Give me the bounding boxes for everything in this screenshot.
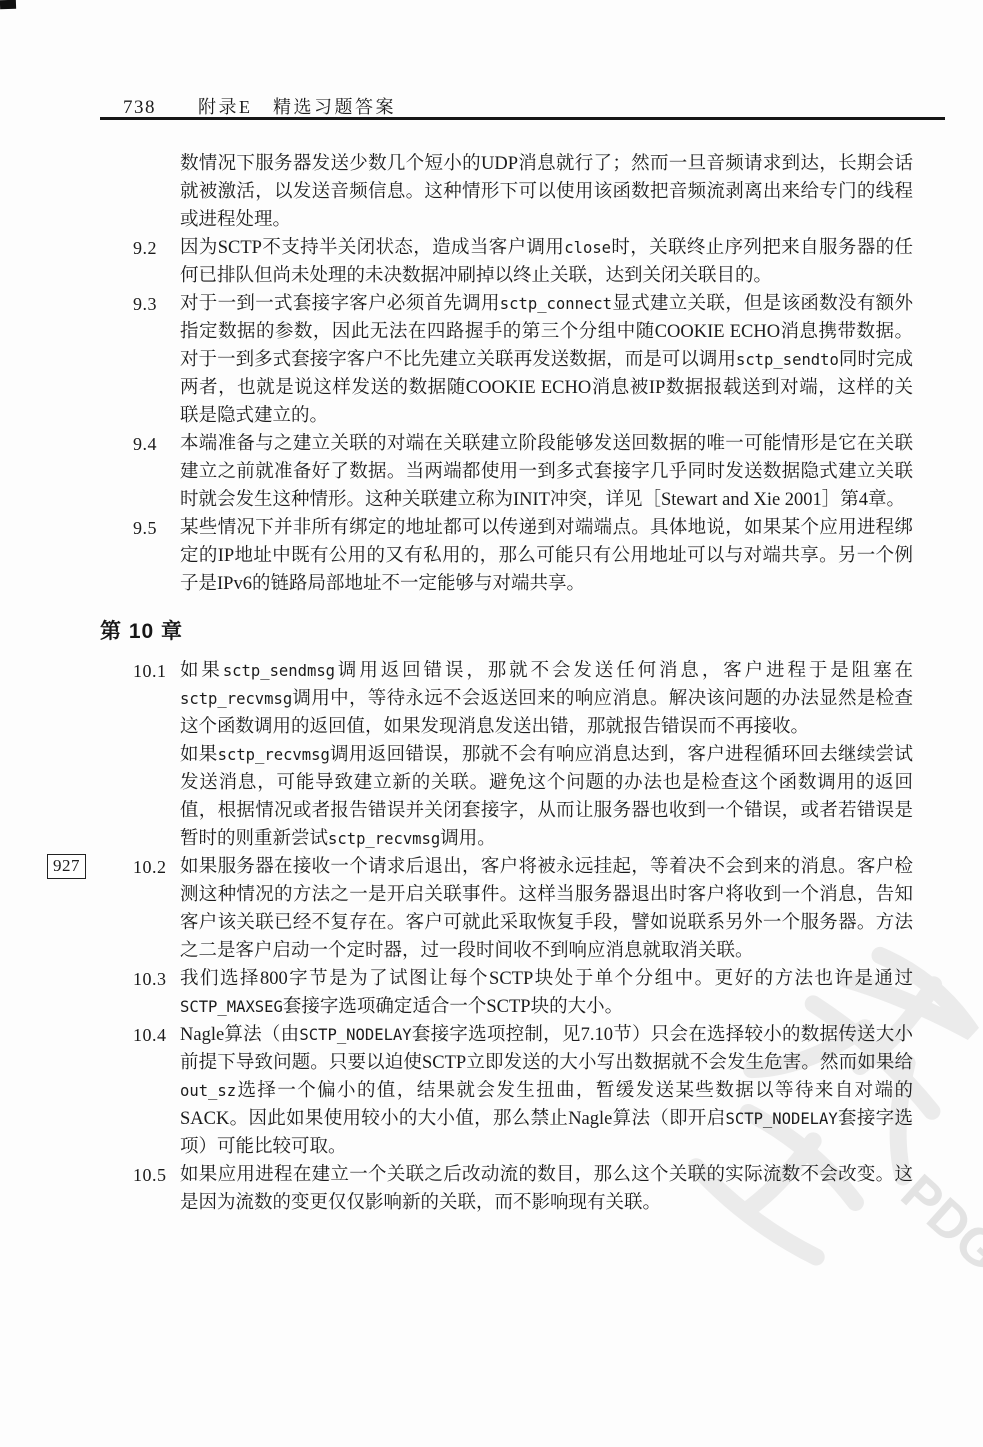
code-term: SCTP_NODELAY <box>299 1026 411 1044</box>
page-number: 738 <box>123 97 156 118</box>
running-head: 738附录E 精选习题答案 <box>123 93 396 119</box>
item-number: 10.2 <box>133 853 167 881</box>
item-number: 9.4 <box>133 430 157 458</box>
item-number: 10.1 <box>133 657 167 685</box>
code-term: sctp_recvmsg <box>218 746 330 764</box>
item-number: 9.3 <box>133 290 157 318</box>
text-run: 我们选择800字节是为了试图让每个SCTP块处于单个分组中。更好的方法也许是通过 <box>180 969 913 989</box>
answer-item-9.3: 9.3对于一到一式套接字客户必须首先调用sctp_connect显式建立关联，但… <box>180 290 913 430</box>
paragraph: 因为SCTP不支持半关闭状态，造成当客户调用close时，关联终止序列把来自服务… <box>180 234 913 290</box>
answer-item-10.5: 10.5如果应用进程在建立一个关联之后改动流的数目，那么这个关联的实际流数不会改… <box>180 1161 913 1217</box>
text-run: 对于一到一式套接字客户必须首先调用 <box>180 294 500 314</box>
code-term: SCTP_NODELAY <box>726 1110 838 1128</box>
item-number: 9.2 <box>133 234 157 262</box>
text-run: 如果 <box>180 661 223 681</box>
code-term: sctp_sendto <box>736 351 839 369</box>
code-term: SCTP_MAXSEG <box>180 998 283 1016</box>
paragraph: 某些情况下并非所有绑定的地址都可以传递到对端端点。具体地说，如果某个应用进程绑定… <box>180 514 913 598</box>
paragraph: 对于一到一式套接字客户必须首先调用sctp_connect显式建立关联，但是该函… <box>180 290 913 430</box>
answer-item-10.2: 10.2927如果服务器在接收一个请求后退出，客户将被永远挂起，等着决不会到来的… <box>180 853 913 965</box>
text-run: 如果应用进程在建立一个关联之后改动流的数目，那么这个关联的实际流数不会改变。这是… <box>180 1165 913 1213</box>
paragraph: Nagle算法（由SCTP_NODELAY套接字选项控制，见7.10节）只会在选… <box>180 1021 913 1161</box>
text-run: 如果 <box>180 745 218 765</box>
text-run: 某些情况下并非所有绑定的地址都可以传递到对端端点。具体地说，如果某个应用进程绑定… <box>180 518 913 594</box>
text-run: 因为SCTP不支持半关闭状态，造成当客户调用 <box>180 238 564 258</box>
paragraph: 数情况下服务器发送少数几个短小的UDP消息就行了；然而一旦音频请求到达，长期会话… <box>180 150 913 234</box>
paragraph: 如果服务器在接收一个请求后退出，客户将被永远挂起，等着决不会到来的消息。客户检测… <box>180 853 913 965</box>
text-run: 调用。 <box>440 829 496 849</box>
answer-item-10.4: 10.4Nagle算法（由SCTP_NODELAY套接字选项控制，见7.10节）… <box>180 1021 913 1161</box>
paragraph: 本端准备与之建立关联的对端在关联建立阶段能够发送回数据的唯一可能情形是它在关联建… <box>180 430 913 514</box>
text-run: 本端准备与之建立关联的对端在关联建立阶段能够发送回数据的唯一可能情形是它在关联建… <box>180 434 913 510</box>
paragraph: 我们选择800字节是为了试图让每个SCTP块处于单个分组中。更好的方法也许是通过… <box>180 965 913 1021</box>
header-title: 附录E 精选习题答案 <box>198 97 396 117</box>
answer-item-10.1: 10.1如果sctp_sendmsg调用返回错误，那就不会发送任何消息，客户进程… <box>180 657 913 853</box>
code-term: sctp_sendmsg <box>223 662 335 680</box>
answer-item-9.2: 9.2因为SCTP不支持半关闭状态，造成当客户调用close时，关联终止序列把来… <box>180 234 913 290</box>
header-rule <box>100 117 945 120</box>
code-term: sctp_recvmsg <box>180 690 292 708</box>
page-break-marker: 927 <box>47 854 86 879</box>
text-run: 套接字选项确定适合一个SCTP块的大小。 <box>283 997 623 1017</box>
continued-paragraph: 数情况下服务器发送少数几个短小的UDP消息就行了；然而一旦音频请求到达，长期会话… <box>180 150 913 234</box>
text-run: 如果服务器在接收一个请求后退出，客户将被永远挂起，等着决不会到来的消息。客户检测… <box>180 857 913 961</box>
chapter-heading: 第 10 章 <box>100 615 913 645</box>
code-term: sctp_recvmsg <box>328 830 440 848</box>
answer-item-9.5: 9.5某些情况下并非所有绑定的地址都可以传递到对端端点。具体地说，如果某个应用进… <box>180 514 913 598</box>
answer-item-10.3: 10.3我们选择800字节是为了试图让每个SCTP块处于单个分组中。更好的方法也… <box>180 965 913 1021</box>
answer-item-9.4: 9.4本端准备与之建立关联的对端在关联建立阶段能够发送回数据的唯一可能情形是它在… <box>180 430 913 514</box>
text-run: 数情况下服务器发送少数几个短小的UDP消息就行了；然而一旦音频请求到达，长期会话… <box>180 154 913 230</box>
code-term: out_sz <box>180 1082 236 1100</box>
item-number: 10.3 <box>133 965 167 993</box>
code-term: sctp_connect <box>500 295 612 313</box>
text-run: 调用返回错误，那就不会发送任何消息，客户进程于是阻塞在 <box>335 661 913 681</box>
text-run: Nagle算法（由 <box>180 1025 299 1045</box>
item-number: 9.5 <box>133 514 157 542</box>
paragraph: 如果应用进程在建立一个关联之后改动流的数目，那么这个关联的实际流数不会改变。这是… <box>180 1161 913 1217</box>
item-number: 10.4 <box>133 1021 167 1049</box>
paragraph: 如果sctp_sendmsg调用返回错误，那就不会发送任何消息，客户进程于是阻塞… <box>180 657 913 741</box>
paragraph: 如果sctp_recvmsg调用返回错误，那就不会有响应消息达到，客户进程循环回… <box>180 741 913 853</box>
scan-artifact <box>0 0 16 9</box>
item-number: 10.5 <box>133 1161 167 1189</box>
answers-list: 数情况下服务器发送少数几个短小的UDP消息就行了；然而一旦音频请求到达，长期会话… <box>180 150 913 1217</box>
code-term: close <box>564 239 611 257</box>
